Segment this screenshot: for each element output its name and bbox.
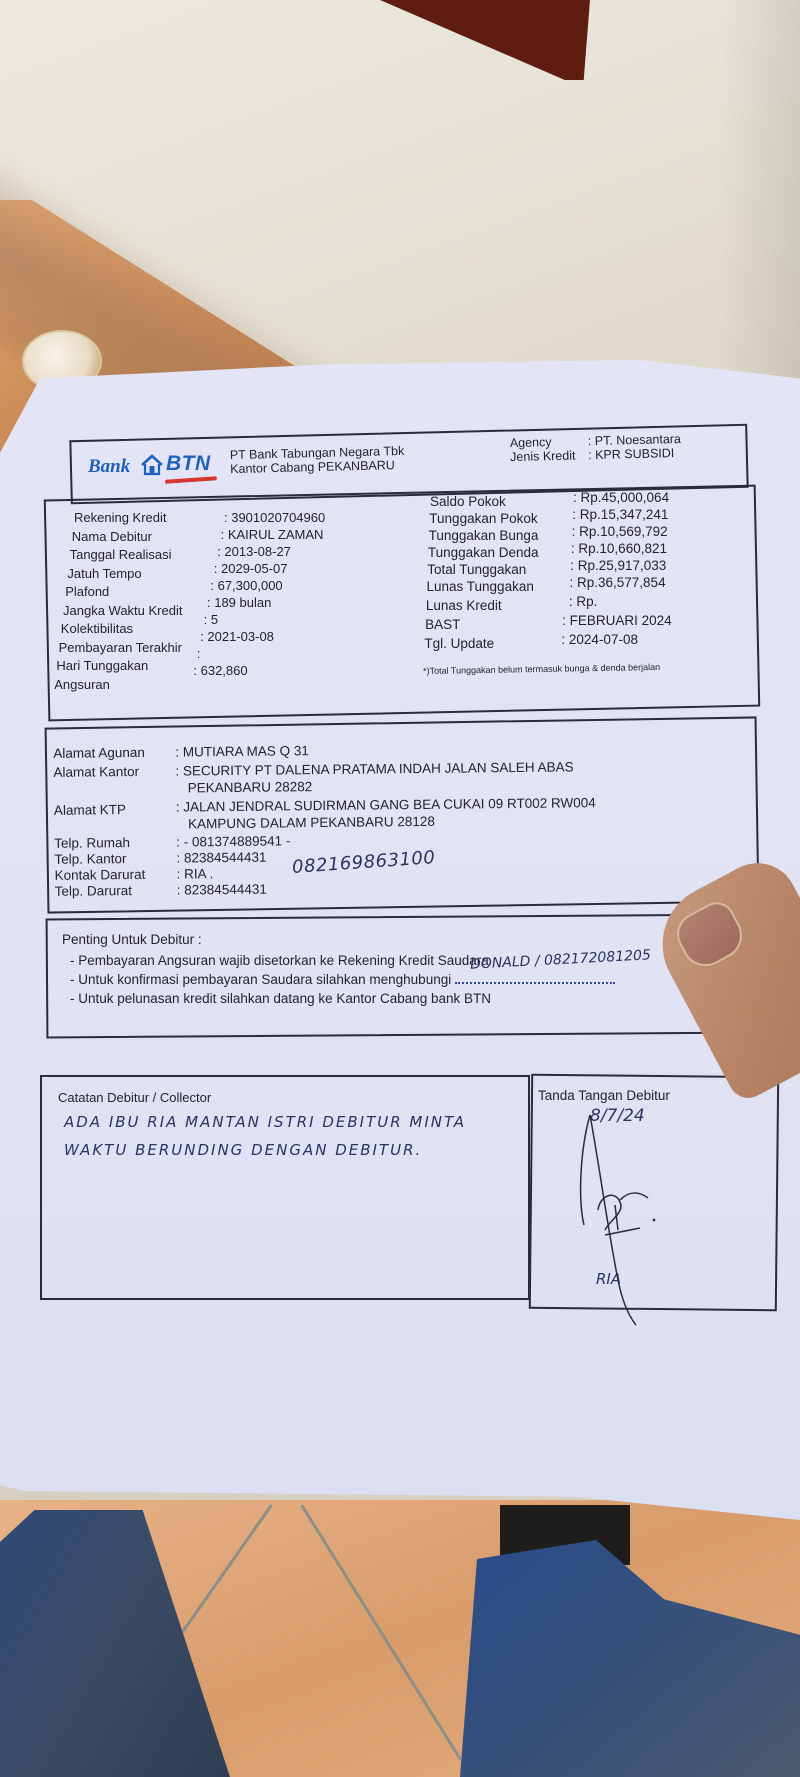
address-value: : MUTIARA MAS Q 31 <box>175 742 309 760</box>
loan-label: Pembayaran Terakhir <box>59 640 182 655</box>
address-label: Kontak Darurat <box>54 867 176 884</box>
loan-label: Total Tunggakan <box>427 562 526 577</box>
address-value-line: : RIA . <box>176 866 213 882</box>
house-logo-icon <box>140 454 164 476</box>
address-value-line: : MUTIARA MAS Q 31 <box>175 742 309 760</box>
signature-title: Tanda Tangan Debitur <box>538 1088 670 1103</box>
address-value-line: : 82384544431 <box>177 882 267 899</box>
important-info: Penting Untuk Debitur : - Pembayaran Ang… <box>62 932 615 1010</box>
loan-row: BAST: FEBRUARI 2024 <box>425 617 536 636</box>
loan-label: Kolektibilitas <box>61 621 133 636</box>
loan-row: Hari Tunggakan: <box>56 658 179 677</box>
loan-row: Tgl. Update: 2024-07-08 <box>424 636 535 655</box>
logo-bank-text: Bank <box>88 456 130 478</box>
handwritten-note: ADA IBU RIA MANTAN ISTRI DEBITUR MINTA W… <box>64 1108 524 1164</box>
loan-value: : 2021-03-08 <box>200 629 274 644</box>
loan-row: Jatuh Tempo: 2029-05-07 <box>67 566 190 585</box>
loan-value: : FEBRUARI 2024 <box>562 613 672 628</box>
loan-row: Lunas Tunggakan: Rp.36,577,854 <box>427 579 538 598</box>
address-value: : SECURITY PT DALENA PRATAMA INDAH JALAN… <box>175 758 573 796</box>
loan-value: : Rp.36,577,854 <box>570 575 666 590</box>
loan-value: : <box>197 646 201 661</box>
important-item: - Untuk pelunasan kredit silahkan datang… <box>70 991 615 1006</box>
loan-label: Plafond <box>65 584 109 599</box>
loan-row: Tunggakan Bunga: Rp.10,569,792 <box>429 528 540 545</box>
loan-label: Jatuh Tempo <box>67 566 141 581</box>
signature-name: RIA <box>596 1270 621 1288</box>
address-value-line: PEKANBARU 28282 <box>176 775 574 796</box>
notes-title: Catatan Debitur / Collector <box>58 1090 211 1105</box>
loan-row: Lunas Kredit: Rp. <box>426 598 537 617</box>
credit-type-label: Jenis Kredit <box>510 448 588 464</box>
credit-type-value: : KPR SUBSIDI <box>588 446 674 462</box>
address-value: : 82384544431 <box>176 850 266 867</box>
loan-label: Jangka Waktu Kredit <box>63 603 182 618</box>
loan-value: : Rp.45,000,064 <box>573 490 669 505</box>
address-label: Alamat Agunan <box>53 744 175 762</box>
loan-row: Tunggakan Pokok: Rp.15,347,241 <box>429 511 540 528</box>
dotted-fill-line <box>455 974 615 984</box>
loan-row: Plafond: 67,300,000 <box>65 584 188 603</box>
loan-row: Nama Debitur: KAIRUL ZAMAN <box>72 529 195 548</box>
loan-value: : 2013-08-27 <box>217 544 291 559</box>
loan-row: Total Tunggakan: Rp.25,917,033 <box>427 562 538 579</box>
address-value: : - 081374889541 - <box>176 833 290 850</box>
loan-label: Tunggakan Pokok <box>429 511 537 526</box>
loan-label: Tunggakan Bunga <box>429 528 539 543</box>
loan-row: Tanggal Realisasi: 2013-08-27 <box>70 547 193 566</box>
loan-row: Kolektibilitas: 5 <box>61 621 184 640</box>
loan-value: : 2029-05-07 <box>214 561 288 576</box>
loan-label: Tunggakan Denda <box>428 545 539 560</box>
loan-value: : 67,300,000 <box>210 578 282 593</box>
address-value: : RIA . <box>176 866 213 882</box>
address-value: : JALAN JENDRAL SUDIRMAN GANG BEA CUKAI … <box>176 794 596 832</box>
important-title: Penting Untuk Debitur : <box>62 932 615 947</box>
loan-value: : 3901020704960 <box>224 510 325 525</box>
loan-value: : 2024-07-08 <box>561 632 638 647</box>
loan-label: Rekening Kredit <box>74 510 167 525</box>
loan-row: Jangka Waktu Kredit: 189 bulan <box>63 603 186 622</box>
loan-label: Nama Debitur <box>72 529 152 544</box>
loan-value: : Rp.10,660,821 <box>571 541 667 556</box>
loan-label: Lunas Kredit <box>426 598 502 613</box>
important-item-text: - Untuk konfirmasi pembayaran Saudara si… <box>70 972 451 987</box>
loan-value: : KAIRUL ZAMAN <box>221 527 324 542</box>
loan-label: BAST <box>425 617 460 632</box>
loan-label: Lunas Tunggakan <box>427 579 534 594</box>
loan-label: Hari Tunggakan <box>56 658 148 673</box>
address-row: Alamat Kantor: SECURITY PT DALENA PRATAM… <box>53 758 595 798</box>
loan-value: : Rp. <box>569 594 598 609</box>
loan-value: : Rp.10,569,792 <box>572 524 668 539</box>
agency-block: Agency: PT. Noesantara Jenis Kredit: KPR… <box>510 432 682 464</box>
loan-value: : Rp.15,347,241 <box>572 507 668 522</box>
loan-value: : 5 <box>204 612 218 627</box>
loan-value: : 189 bulan <box>207 595 271 610</box>
address-label: Alamat Kantor <box>53 763 175 781</box>
address-row: Alamat KTP: JALAN JENDRAL SUDIRMAN GANG … <box>54 794 596 834</box>
loan-label: Angsuran <box>54 677 110 692</box>
loan-value: : Rp.25,917,033 <box>570 558 666 573</box>
loan-row: Tunggakan Denda: Rp.10,660,821 <box>428 545 539 562</box>
loan-details-left: Rekening Kredit: 3901020704960Nama Debit… <box>56 510 179 695</box>
logo-btn-text: BTN <box>166 452 211 476</box>
address-value-line: KAMPUNG DALAM PEKANBARU 28128 <box>176 811 596 832</box>
thumbnail-nail <box>669 896 750 975</box>
loan-row: Pembayaran Terakhir: 2021-03-08 <box>59 640 182 659</box>
loan-row: Angsuran: 632,860 <box>54 677 177 696</box>
address-value-line: : 82384544431 <box>176 850 266 867</box>
loan-value: : 632,860 <box>193 663 247 678</box>
wall-shade <box>720 0 800 400</box>
bank-name-block: PT Bank Tabungan Negara Tbk Kantor Caban… <box>230 444 405 476</box>
address-label: Telp. Darurat <box>55 883 177 900</box>
address-value: : 82384544431 <box>177 882 267 899</box>
address-value-line: : - 081374889541 - <box>176 833 290 850</box>
important-item: - Untuk konfirmasi pembayaran Saudara si… <box>70 972 615 987</box>
loan-row: Saldo Pokok: Rp.45,000,064 <box>430 494 541 511</box>
loan-label: Saldo Pokok <box>430 494 506 509</box>
signature-scribble <box>570 1110 690 1330</box>
address-label: Telp. Rumah <box>54 835 176 852</box>
address-label: Telp. Kantor <box>54 851 176 868</box>
loan-label: Tgl. Update <box>424 636 494 651</box>
loan-label: Tanggal Realisasi <box>70 547 172 562</box>
loan-details-right: Saldo Pokok: Rp.45,000,064Tunggakan Poko… <box>428 494 539 655</box>
loan-row: Rekening Kredit: 3901020704960 <box>74 510 197 529</box>
address-label: Alamat KTP <box>54 799 176 819</box>
